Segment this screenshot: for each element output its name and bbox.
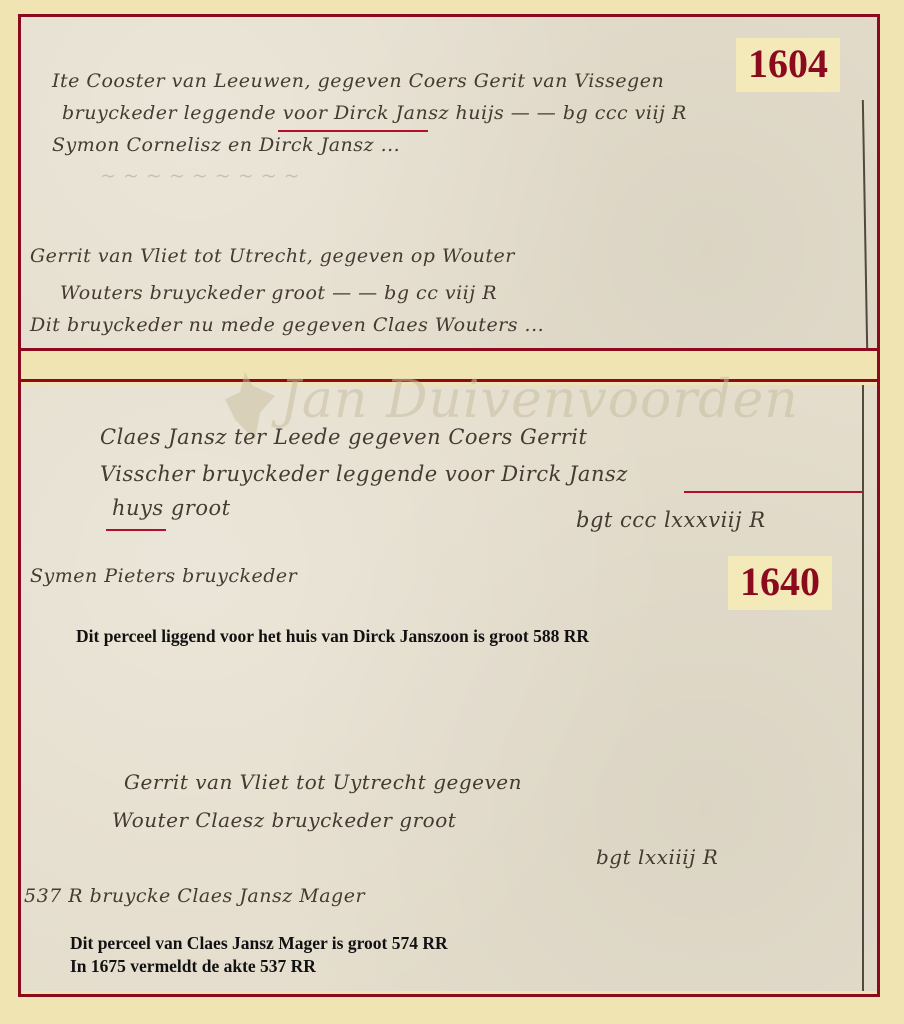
bleed-through-text: ~ ~ ~ ~ ~ ~ ~ ~ ~ <box>100 165 300 187</box>
watermark: Jan Duivenvoorden <box>280 370 799 430</box>
highlight-underline <box>278 130 428 132</box>
year-badge-1640: 1640 <box>728 556 832 610</box>
handwriting-line: 537 R bruycke Claes Jansz Mager <box>24 885 365 907</box>
handwriting-line: Dit bruyckeder nu mede gegeven Claes Wou… <box>30 314 544 336</box>
handwriting-line: Symon Cornelisz en Dirck Jansz ... <box>52 134 400 156</box>
handwriting-line: Visscher bruyckeder leggende voor Dirck … <box>100 462 628 486</box>
page-edge-bottom <box>862 385 864 991</box>
handwriting-line: Symen Pieters bruyckeder <box>30 565 297 587</box>
handwriting-line: Wouters bruyckeder groot — — bg cc viij … <box>60 282 497 304</box>
highlight-underline <box>684 491 862 493</box>
handwriting-line: Gerrit van Vliet tot Uytrecht gegeven <box>124 770 522 794</box>
caption-1675-note: In 1675 vermeldt de akte 537 RR <box>70 956 316 977</box>
handwriting-line: Ite Cooster van Leeuwen, gegeven Coers G… <box>52 70 664 92</box>
year-badge-1604: 1604 <box>736 38 840 92</box>
caption-1640-parcel: Dit perceel liggend voor het huis van Di… <box>76 626 589 647</box>
handwriting-line: Wouter Claesz bruyckeder groot <box>112 808 456 832</box>
highlight-underline <box>106 529 166 531</box>
handwriting-line: Claes Jansz ter Leede gegeven Coers Gerr… <box>100 425 587 449</box>
handwriting-line: bruyckeder leggende voor Dirck Jansz hui… <box>62 102 687 124</box>
handwriting-line: Gerrit van Vliet tot Utrecht, gegeven op… <box>30 245 515 267</box>
handwriting-line: bgt ccc lxxxviij R <box>576 508 766 532</box>
handwriting-line: bgt lxxiiij R <box>596 845 718 869</box>
caption-mager-parcel: Dit perceel van Claes Jansz Mager is gro… <box>70 933 448 954</box>
handwriting-line: huys groot <box>112 496 231 520</box>
